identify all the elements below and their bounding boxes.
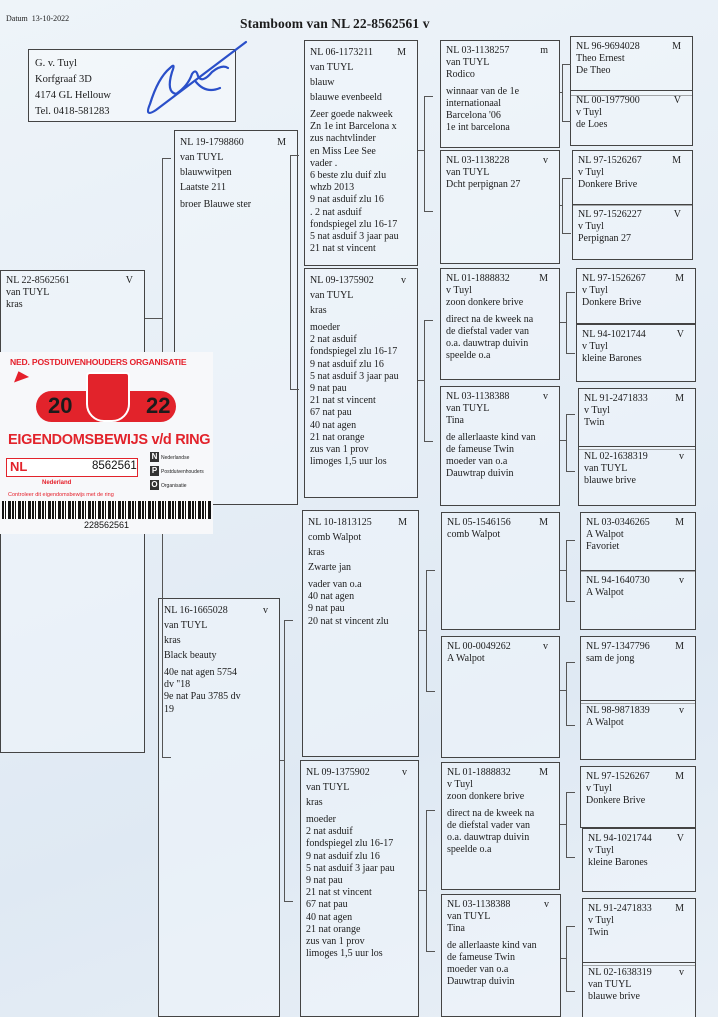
ring-number: NL 97-1526227 [578, 209, 642, 221]
connector-line [419, 890, 426, 891]
pigeon-note: de diefstal vader van [446, 326, 554, 338]
pigeon-detail: blauwe evenbeeld [310, 90, 412, 105]
sex-marker: M [539, 273, 548, 285]
pigeon-note: Dauwtrap duivin [447, 976, 555, 988]
ring-number: NL 22-8562561 [6, 275, 70, 287]
sex-marker: v [543, 641, 548, 653]
pigeon-note: 6 beste zlu duif zlu [310, 170, 412, 182]
pigeon-detail: Rodico [446, 69, 554, 81]
pigeon-note: direct na de kweek na [447, 808, 554, 820]
ring-number: NL 00-1977900 [576, 95, 640, 107]
sex-marker: v [401, 273, 406, 288]
pedigree-box-ss: NL 06-1173211Mvan TUYLblauwblauwe evenbe… [304, 40, 418, 266]
pigeon-note: speelde o.a [447, 844, 554, 856]
pigeon-detail: Tina [446, 415, 554, 427]
pigeon-detail: v Tuyl [576, 107, 687, 119]
pigeon-detail: van TUYL [310, 288, 412, 303]
pigeon-note: whzb 2013 [310, 182, 412, 194]
sex-marker: m [540, 45, 548, 57]
connector-line [290, 155, 299, 390]
sex-marker: M [277, 135, 286, 150]
pigeon-detail: Black beauty [164, 648, 274, 663]
pigeon-detail: comb Walpot [447, 529, 554, 541]
npo-line-2: PPostduivenhouders [150, 466, 204, 476]
pigeon-detail: van TUYL [446, 167, 554, 179]
pigeon-detail: van TUYL [584, 463, 690, 475]
pigeon-detail: Twin [588, 927, 690, 939]
npo-line-1: NNederlandse [150, 452, 189, 462]
ring-number: NL 97-1526267 [582, 273, 646, 285]
sex-marker: V [674, 209, 681, 221]
pigeon-detail: Favoriet [586, 541, 690, 553]
pigeon-note: 9 nat pau [308, 603, 413, 615]
connector-line [424, 320, 433, 442]
pigeon-note: limoges 1,5 uur los [306, 948, 413, 960]
pedigree-box-g4-13: NL 94-1021744Vv Tuylkleine Barones [582, 828, 696, 892]
pigeon-note: 67 nat pau [306, 899, 413, 911]
ring-number: NL 01-1888832 [446, 273, 510, 285]
pigeon-note: direct na de kweek na [446, 314, 554, 326]
year-right: 22 [146, 393, 170, 419]
pedigree-box-g4-6: NL 91-2471833Mv TuylTwin [578, 388, 696, 450]
pigeon-note: 21 nat orange [310, 432, 412, 444]
pigeon-detail: blauw [310, 75, 412, 90]
pigeon-note: de fameuse Twin [446, 444, 554, 456]
pigeon-detail: van TUYL [446, 403, 554, 415]
pigeon-note: o.a. dauwtrap duivin [446, 338, 554, 350]
pigeon-note: moeder [310, 322, 412, 334]
pedigree-box-ds: NL 10-1813125Mcomb WalpotkrasZwarte janv… [302, 510, 419, 757]
connector-line [566, 662, 575, 726]
pigeon-detail: Donkere Brive [578, 179, 687, 191]
ring-number: NL 94-1021744 [582, 329, 646, 341]
connector-line [566, 792, 575, 858]
ring-number: 8562561 [92, 460, 137, 472]
pigeon-note: 5 nat asduif 3 jaar pau [310, 231, 412, 243]
pigeon-detail: A Walpot [447, 653, 554, 665]
pigeon-note: de fameuse Twin [447, 952, 555, 964]
pigeon-detail: van TUYL [180, 150, 292, 165]
pigeon-note: fondspiegel zlu 16-17 [310, 219, 412, 231]
pigeon-detail: De Theo [576, 65, 687, 77]
ring-number: NL 10-1813125 [308, 515, 372, 530]
pigeon-detail: v Tuyl [582, 285, 690, 297]
lion-shield-icon [86, 372, 130, 422]
pigeon-note: 5 nat asduif 3 jaar pau [310, 371, 412, 383]
pigeon-detail: A Walpot [586, 717, 690, 729]
pigeon-detail: Donkere Brive [586, 795, 690, 807]
sex-marker: v [679, 575, 684, 587]
ring-number: NL 09-1375902 [306, 765, 370, 780]
pigeon-note: moeder van o.a [446, 456, 554, 468]
pigeon-note: 20 nat st vincent zlu [308, 616, 413, 628]
connector-line [562, 64, 571, 122]
pigeon-note: 9 nat asduif zlu 16 [310, 194, 412, 206]
pigeon-note: fondspiegel zlu 16-17 [310, 346, 412, 358]
pedigree-box-sds: NL 01-1888832Mv Tuylzoon donkere brivedi… [440, 268, 560, 380]
pedigree-box-ssd: NL 03-1138228vvan TUYLDcht perpignan 27 [440, 150, 560, 264]
pigeon-detail: kleine Barones [582, 353, 690, 365]
connector-line [566, 926, 575, 992]
ring-number: NL 03-1138257 [446, 45, 509, 57]
pigeon-detail: v Tuyl [586, 783, 690, 795]
connector-line [560, 824, 566, 825]
connector-line [419, 630, 426, 631]
ring-number: NL 01-1888832 [447, 767, 511, 779]
dove-icon [11, 369, 29, 383]
ring-number: NL 06-1173211 [310, 45, 373, 60]
pigeon-detail: Perpignan 27 [578, 233, 687, 245]
pigeon-detail: kras [310, 303, 412, 318]
pedigree-box-dss: NL 05-1546156Mcomb Walpot [441, 512, 560, 630]
pigeon-note: 9 nat pau [310, 383, 412, 395]
pigeon-detail: zoon donkere brive [447, 791, 554, 803]
pigeon-note: zus van 1 prov [310, 444, 412, 456]
pigeon-note: Zeer goede nakweek [310, 109, 412, 121]
ring-ownership-card: NED. POSTDUIVENHOUDERS ORGANISATIE 20 22… [0, 352, 213, 534]
pedigree-box-g4-7: NL 02-1638319vvan TUYLblauwe brive [578, 446, 696, 506]
pigeon-note: internationaal [446, 98, 554, 110]
connector-line [566, 414, 575, 472]
connector-line [562, 178, 571, 234]
pigeon-note: 9 nat asduif zlu 16 [306, 851, 413, 863]
sex-marker: v [679, 705, 684, 717]
connector-line [424, 96, 433, 212]
pigeon-detail: blauwe brive [584, 475, 690, 487]
pedigree-box-g4-2: NL 97-1526267Mv TuylDonkere Brive [572, 150, 693, 206]
pigeon-note: 40 nat agen [308, 591, 413, 603]
pedigree-box-g4-5: NL 94-1021744Vv Tuylkleine Barones [576, 324, 696, 382]
ring-number: NL 16-1665028 [164, 603, 228, 618]
pigeon-note: 9 nat pau [306, 875, 413, 887]
connector-line [560, 92, 562, 93]
ring-number: NL 97-1347796 [586, 641, 650, 653]
sex-marker: v [544, 899, 549, 911]
pigeon-note: 40e nat agen 5754 [164, 667, 274, 679]
connector-line [561, 958, 566, 959]
pedigree-box-g4-14: NL 91-2471833Mv TuylTwin [582, 898, 696, 966]
ring-number: NL 97-1526267 [586, 771, 650, 783]
pigeon-note: Barcelona '06 [446, 110, 554, 122]
organisation-name: NED. POSTDUIVENHOUDERS ORGANISATIE [10, 357, 186, 367]
sex-marker: M [675, 903, 684, 915]
sex-marker: M [675, 393, 684, 405]
pedigree-box-g4-4: NL 97-1526267Mv TuylDonkere Brive [576, 268, 696, 324]
pigeon-note: zus van 1 prov [306, 936, 413, 948]
pedigree-box-dam: NL 16-1665028vvan TUYLkrasBlack beauty 4… [158, 598, 280, 1017]
pigeon-note: 21 nat st vincent [310, 395, 412, 407]
pigeon-note: . 2 nat asduif [310, 207, 412, 219]
ownership-heading: EIGENDOMSBEWIJS v/d RING [8, 432, 210, 448]
pigeon-detail: zoon donkere brive [446, 297, 554, 309]
ring-number: NL 09-1375902 [310, 273, 374, 288]
sex-marker: V [677, 329, 684, 341]
page-title: Stamboom van NL 22-8562561 v [240, 16, 430, 32]
pigeon-note: dv ''18 [164, 679, 274, 691]
ring-number: NL 96-9694028 [576, 41, 640, 53]
connector-line [560, 205, 562, 206]
sex-marker: V [126, 275, 133, 287]
pigeon-detail: A Walpot [586, 529, 690, 541]
pigeon-detail: v Tuyl [588, 845, 690, 857]
pigeon-note: 9e nat Pau 3785 dv [164, 691, 274, 703]
pedigree-box-dd: NL 09-1375902vvan TUYLkrasmoeder2 nat as… [300, 760, 419, 1017]
pedigree-box-g4-11: NL 98-9871839vA Walpot [580, 700, 696, 760]
pigeon-detail: blauwwitpen [180, 165, 292, 180]
pigeon-detail: de Loes [576, 119, 687, 131]
pedigree-box-g4-12: NL 97-1526267Mv TuylDonkere Brive [580, 766, 696, 828]
pedigree-box-sd: NL 09-1375902vvan TUYLkrasmoeder2 nat as… [304, 268, 418, 498]
signature-icon [136, 38, 256, 118]
pigeon-detail: v Tuyl [447, 779, 554, 791]
connector-line [560, 322, 566, 323]
pigeon-note: moeder [306, 814, 413, 826]
pedigree-box-g4-3: NL 97-1526227Vv TuylPerpignan 27 [572, 204, 693, 260]
pigeon-detail: v Tuyl [582, 341, 690, 353]
sex-marker: M [398, 515, 407, 530]
pigeon-note: 5 nat asduif 3 jaar pau [306, 863, 413, 875]
pigeon-note: 67 nat pau [310, 407, 412, 419]
sex-marker: v [679, 967, 684, 979]
connector-line [284, 620, 293, 902]
pigeon-note: 9 nat asduif zlu 16 [310, 359, 412, 371]
pigeon-note: 40 nat agen [306, 912, 413, 924]
pigeon-note: 21 nat st vincent [306, 887, 413, 899]
connector-line [280, 760, 284, 761]
pigeon-detail: v Tuyl [446, 285, 554, 297]
pigeon-detail: Dcht perpignan 27 [446, 179, 554, 191]
pigeon-note: 40 nat agen [310, 420, 412, 432]
sex-marker: M [397, 45, 406, 60]
sex-marker: v [402, 765, 407, 780]
sex-marker: v [543, 155, 548, 167]
ring-number: NL 94-1640730 [586, 575, 650, 587]
pigeon-note: zus nachtvlinder [310, 133, 412, 145]
ring-number: NL 02-1638319 [584, 451, 648, 463]
pigeon-note: 2 nat asduif [306, 826, 413, 838]
barcode [2, 501, 211, 519]
pigeon-detail: van TUYL [306, 780, 413, 795]
pigeon-note: o.a. dauwtrap duivin [447, 832, 554, 844]
pigeon-note: 19 [164, 704, 274, 716]
ring-number: NL 94-1021744 [588, 833, 652, 845]
sex-marker: v [679, 451, 684, 463]
ring-number: NL 03-1138388 [446, 391, 509, 403]
pigeon-detail: v Tuyl [578, 167, 687, 179]
pigeon-note: moeder van o.a [447, 964, 555, 976]
pedigree-box-sss: NL 03-1138257mvan TUYLRodico winnaar van… [440, 40, 560, 148]
pedigree-box-g4-9: NL 94-1640730vA Walpot [580, 570, 696, 630]
sex-marker: v [543, 391, 548, 403]
sex-marker: v [263, 603, 268, 618]
ring-number: NL 03-1138388 [447, 899, 510, 911]
pigeon-detail: Theo Ernest [576, 53, 687, 65]
pedigree-box-g4-15: NL 02-1638319vvan TUYLblauwe brive [582, 962, 696, 1017]
sex-marker: V [674, 95, 681, 107]
sex-marker: M [539, 767, 548, 779]
sex-marker: M [539, 517, 548, 529]
ring-number: NL 98-9871839 [586, 705, 650, 717]
sex-marker: M [675, 273, 684, 285]
pigeon-detail: van TUYL [447, 911, 555, 923]
pigeon-note: vader . [310, 158, 412, 170]
pigeon-note: 2 nat asduif [310, 334, 412, 346]
pigeon-note: de allerlaaste kind van [446, 432, 554, 444]
ring-number: NL 05-1546156 [447, 517, 511, 529]
pigeon-detail: kleine Barones [588, 857, 690, 869]
pigeon-detail: blauwe brive [588, 991, 690, 1003]
pigeon-note: vader van o.a [308, 579, 413, 591]
ring-number: NL 00-0049262 [447, 641, 511, 653]
ring-number: NL 03-0346265 [586, 517, 650, 529]
connector-line [418, 380, 424, 381]
barcode-number: 228562561 [0, 520, 213, 530]
pigeon-note: de diefstal vader van [447, 820, 554, 832]
sex-marker: M [675, 641, 684, 653]
ring-number: NL 97-1526267 [578, 155, 642, 167]
sex-marker: M [675, 771, 684, 783]
date-value: 13-10-2022 [32, 14, 69, 23]
pigeon-note: 1e int barcelona [446, 122, 554, 134]
pigeon-detail: Donkere Brive [582, 297, 690, 309]
pigeon-detail: van TUYL [164, 618, 274, 633]
pedigree-box-g4-0: NL 96-9694028MTheo ErnestDe Theo [570, 36, 693, 96]
pigeon-detail: Zwarte jan [308, 560, 413, 575]
sex-marker: M [675, 517, 684, 529]
pigeon-detail: van TUYL [588, 979, 690, 991]
pigeon-detail: v Tuyl [584, 405, 690, 417]
pigeon-detail: sam de jong [586, 653, 690, 665]
pigeon-detail: Tina [447, 923, 555, 935]
connector-line [566, 540, 575, 602]
pigeon-detail: kras [6, 299, 139, 311]
pigeon-note: fondspiegel zlu 16-17 [306, 838, 413, 850]
pedigree-box-sdd: NL 03-1138388vvan TUYLTinade allerlaaste… [440, 386, 560, 506]
pigeon-note: 21 nat orange [306, 924, 413, 936]
pigeon-detail: A Walpot [586, 587, 690, 599]
connector-line [560, 690, 566, 691]
connector-line [560, 440, 566, 441]
pigeon-detail: comb Walpot [308, 530, 413, 545]
pedigree-box-g4-10: NL 97-1347796Msam de jong [580, 636, 696, 704]
pigeon-note: broer Blauwe ster [180, 199, 292, 211]
control-text: Controleer dit eigendomsbewijs met de ri… [8, 492, 114, 498]
connector-line [426, 570, 435, 692]
pigeon-detail: kras [306, 795, 413, 810]
connector-line [566, 292, 575, 354]
connector-line [418, 150, 424, 151]
pigeon-detail: Laatste 211 [180, 180, 292, 195]
pigeon-note: winnaar van de 1e [446, 86, 554, 98]
ring-number: NL 19-1798860 [180, 135, 244, 150]
date: Datum 13-10-2022 [6, 14, 69, 23]
pigeon-note: 21 nat st vincent [310, 243, 412, 255]
pigeon-detail: van TUYL [310, 60, 412, 75]
pigeon-note: en Miss Lee See [310, 146, 412, 158]
pedigree-box-dds: NL 01-1888832Mv Tuylzoon donkere brivedi… [441, 762, 560, 890]
pigeon-detail: kras [308, 545, 413, 560]
pigeon-detail: v Tuyl [588, 915, 690, 927]
ring-number: NL 03-1138228 [446, 155, 509, 167]
date-label: Datum [6, 14, 28, 23]
pigeon-note: de allerlaaste kind van [447, 940, 555, 952]
ring-number: NL 91-2471833 [584, 393, 648, 405]
sex-marker: V [677, 833, 684, 845]
pedigree-box-dsd: NL 00-0049262vA Walpot [441, 636, 560, 758]
pigeon-detail: v Tuyl [578, 221, 687, 233]
ring-country: NL [10, 459, 27, 474]
connector-line [560, 570, 566, 571]
pigeon-detail: Twin [584, 417, 690, 429]
pigeon-detail: kras [164, 633, 274, 648]
sex-marker: M [672, 155, 681, 167]
ring-number: NL 02-1638319 [588, 967, 652, 979]
pedigree-box-g4-8: NL 03-0346265MA WalpotFavoriet [580, 512, 696, 572]
nederland-label: Nederland [42, 480, 71, 486]
pigeon-note: Dauwtrap duivin [446, 468, 554, 480]
ring-number: NL 91-2471833 [588, 903, 652, 915]
connector-line [145, 318, 162, 319]
pigeon-detail: van TUYL [446, 57, 554, 69]
pedigree-box-g4-1: NL 00-1977900Vv Tuylde Loes [570, 90, 693, 146]
year-left: 20 [48, 393, 72, 419]
sex-marker: M [672, 41, 681, 53]
npo-line-3: OOrganisatie [150, 480, 187, 490]
pigeon-note: limoges 1,5 uur los [310, 456, 412, 468]
pigeon-note: speelde o.a [446, 350, 554, 362]
connector-line [426, 810, 435, 952]
pedigree-box-ddd: NL 03-1138388vvan TUYLTinade allerlaaste… [441, 894, 561, 1017]
pigeon-detail: van TUYL [6, 287, 139, 299]
pigeon-note: Zn 1e int Barcelona x [310, 121, 412, 133]
